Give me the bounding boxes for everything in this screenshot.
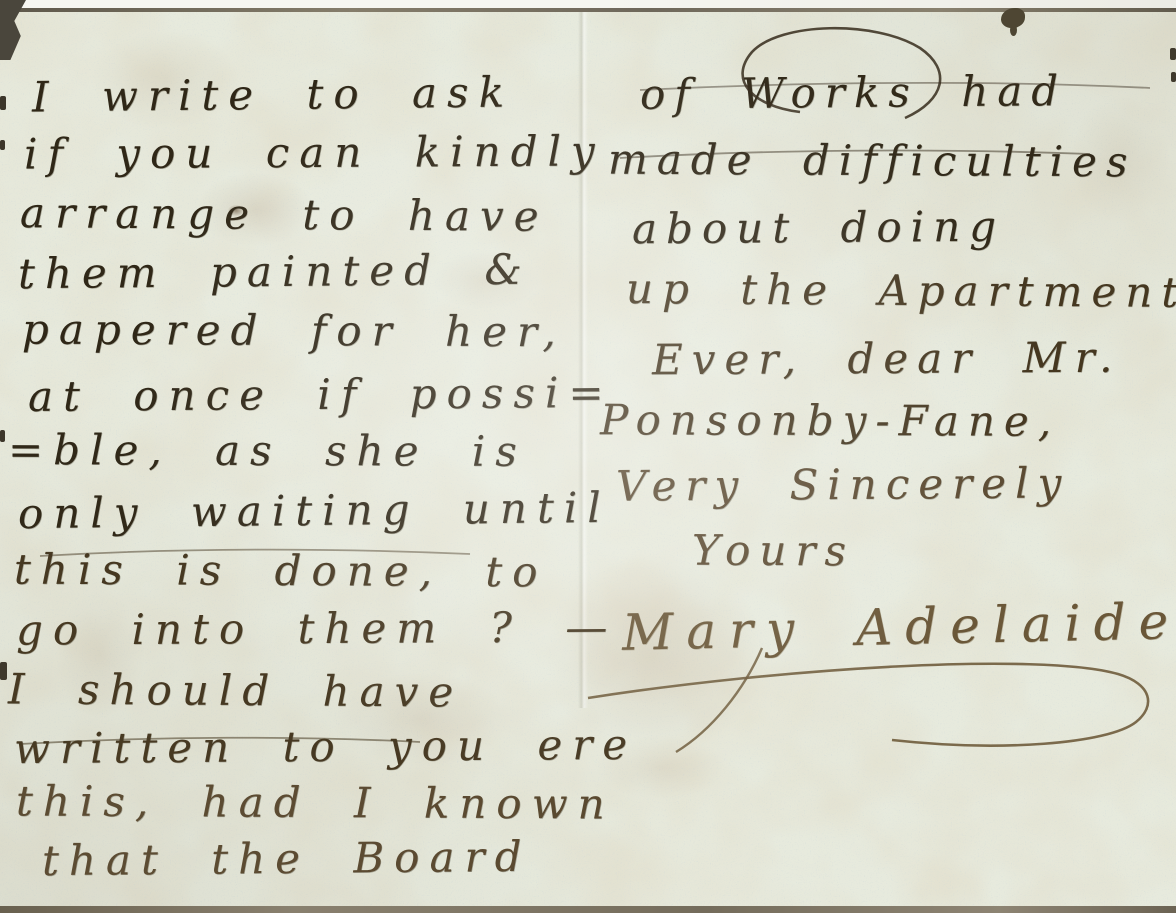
handwritten-line: papered for her, [22, 307, 566, 356]
edge-ink-mark [0, 96, 6, 110]
handwritten-line: Ever, dear Mr. [652, 335, 1122, 384]
handwritten-line: that the Board [42, 834, 532, 884]
handwritten-line: this is done, to [14, 547, 548, 596]
handwritten-line: I should have [8, 666, 464, 715]
handwritten-line: up the Apartment [626, 266, 1176, 316]
handwritten-line: Yours [692, 528, 855, 575]
handwritten-line: Very Sincerely [616, 460, 1071, 509]
edge-ink-mark [0, 430, 5, 442]
ink-blot [1001, 8, 1025, 28]
handwritten-line: only waiting until [18, 485, 611, 537]
edge-ink-mark [0, 662, 7, 680]
handwritten-line: =ble, as she is [8, 427, 527, 475]
handwritten-line: go into them ? — [16, 604, 618, 653]
handwritten-line: at once if possi= [28, 370, 614, 420]
handwritten-line: written to you ere [14, 722, 638, 773]
handwritten-line: about doing [632, 204, 1005, 253]
handwritten-line: Ponsonby-Fane, [600, 397, 1060, 445]
edge-ink-mark [1171, 72, 1176, 82]
edge-ink-mark [1170, 48, 1176, 60]
handwritten-line: them painted & [18, 247, 532, 298]
signature: Mary Adelaide [621, 594, 1176, 661]
handwritten-line: I write to ask [32, 69, 515, 120]
handwritten-line: made difficulties [608, 137, 1137, 186]
handwritten-line: this, had I known [16, 778, 615, 827]
edge-ink-mark [0, 140, 5, 150]
handwritten-line: arrange to have [20, 190, 549, 240]
paper-edge-bottom [0, 906, 1176, 913]
paper-edge-top [0, 8, 1176, 12]
handwritten-line: if you can kindly [24, 128, 605, 177]
handwritten-line: of Works had [640, 68, 1068, 118]
letter-scan: I write to ask if you can kindly arrange… [0, 0, 1176, 913]
